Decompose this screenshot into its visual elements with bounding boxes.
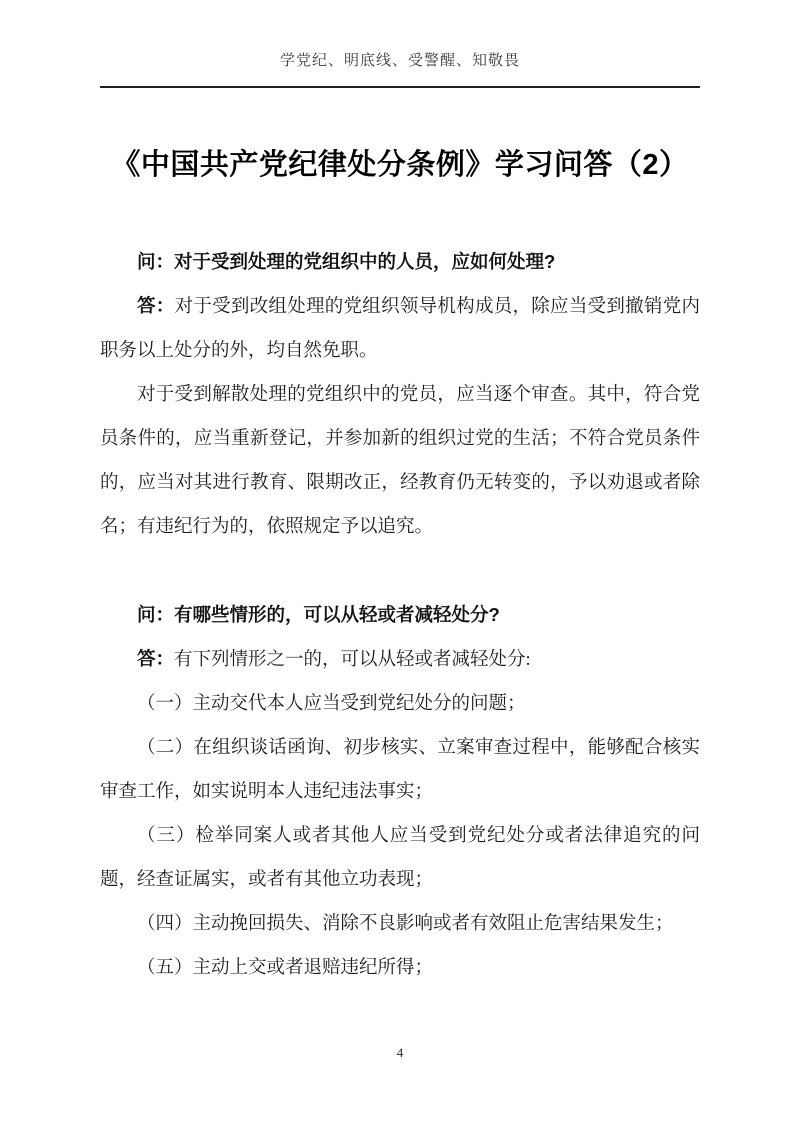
answer-2-item-3: （三）检举同案人或者其他人应当受到党纪处分或者法律追究的问题，经查证属实，或者有… xyxy=(100,814,700,902)
document-page: 学党纪、明底线、受警醒、知敬畏 《中国共产党纪律处分条例》学习问答（2） 问：对… xyxy=(0,0,800,1131)
answer-2-intro: 答：有下列情形之一的，可以从轻或者减轻处分: xyxy=(100,637,700,682)
answer-2-item-1: （一）主动交代本人应当受到党纪处分的问题； xyxy=(100,682,700,726)
document-body: 问：对于受到处理的党组织中的人员，应如何处理? 答：对于受到改组处理的党组织领导… xyxy=(100,240,700,990)
answer-1-paragraph-1: 答：对于受到改组处理的党组织领导机构成员，除应当受到撤销党内职务以上处分的外，均… xyxy=(100,284,700,373)
answer-2-intro-text: 有下列情形之一的，可以从轻或者减轻处分: xyxy=(174,650,531,670)
answer-1-paragraph-2: 对于受到解散处理的党组织中的党员，应当逐个审查。其中，符合党员条件的，应当重新登… xyxy=(100,373,700,549)
answer-2-item-5: （五）主动上交或者退赔违纪所得； xyxy=(100,946,700,990)
question-2: 问：有哪些情形的，可以从轻或者减轻处分? xyxy=(100,593,700,637)
header-divider xyxy=(100,86,700,88)
answer-1-label: 答： xyxy=(137,295,175,316)
answer-2-item-4: （四）主动挽回损失、消除不良影响或者有效阻止危害结果发生； xyxy=(100,902,700,946)
page-number: 4 xyxy=(0,1044,800,1062)
answer-1-text-1: 对于受到改组处理的党组织领导机构成员，除应当受到撤销党内职务以上处分的外，均自然… xyxy=(100,297,700,361)
answer-2-label: 答： xyxy=(137,648,174,669)
question-1: 问：对于受到处理的党组织中的人员，应如何处理? xyxy=(100,240,700,284)
document-title: 《中国共产党纪律处分条例》学习问答（2） xyxy=(90,144,710,186)
page-header-motto: 学党纪、明底线、受警醒、知敬畏 xyxy=(0,0,800,70)
answer-2-item-2: （二）在组织谈话函询、初步核实、立案审查过程中，能够配合核实审查工作，如实说明本… xyxy=(100,726,700,814)
